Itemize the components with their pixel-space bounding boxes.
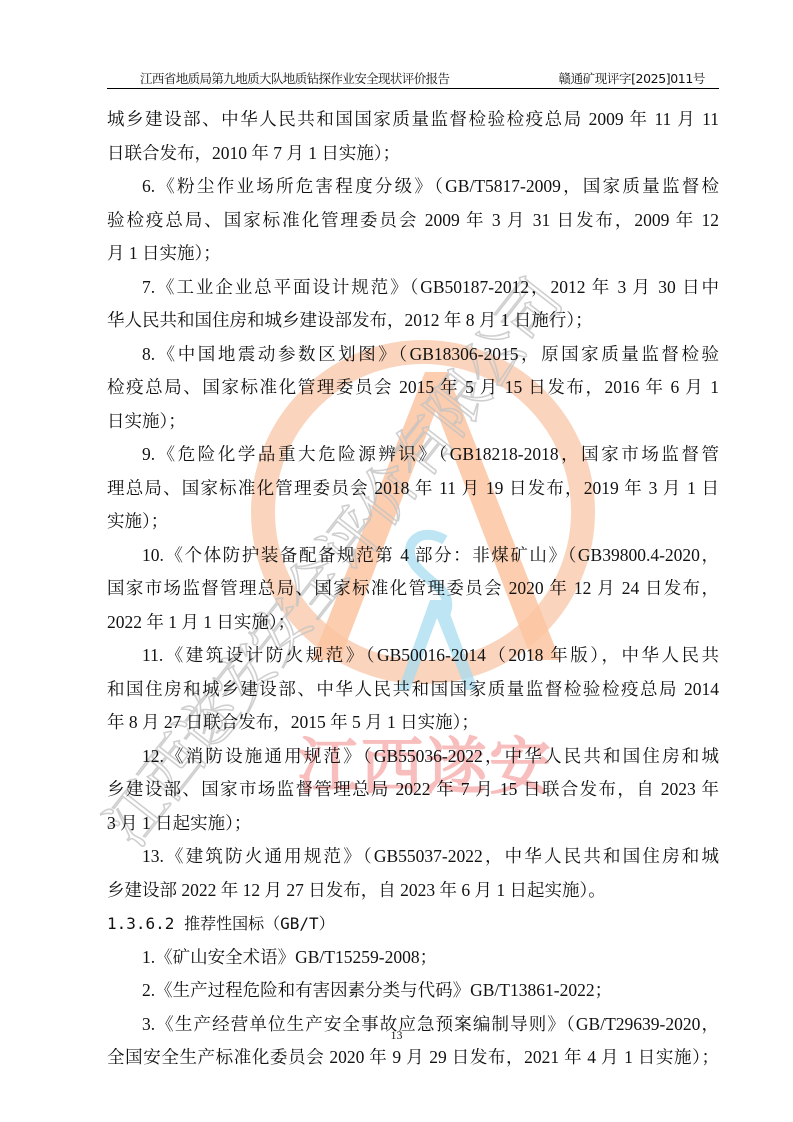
text-line: 6.《粉尘作业场所危害程度分级》（GB/T5817-2009，国家质量监督检 [107,170,719,204]
text-line: 日联合发布，2010 年 7 月 1 日实施）； [107,137,719,171]
text-line: 2.《生产过程危险和有害因素分类与代码》GB/T13861-2022； [107,974,719,1008]
text-line: 年 8 月 27 日联合发布，2015 年 5 月 1 日实施）； [107,706,719,740]
page-number: 13 [0,1028,793,1043]
text-line: 1.《矿山安全术语》GB/T15259-2008； [107,941,719,975]
document-number: 赣通矿现评字[2025]011号 [558,69,705,87]
document-page: 江西省地质局第九地质大队地质钻探作业安全现状评价报告 赣通矿现评字[2025]0… [0,0,793,1122]
text-line: 10.《个体防护装备配备规范第 4 部分：非煤矿山》（GB39800.4-202… [107,539,719,573]
regulation-list: 城乡建设部、中华人民共和国国家质量监督检验检疫总局 2009 年 11 月 11… [107,103,719,907]
text-line: 国家市场监督管理总局、国家标准化管理委员会 2020 年 12 月 24 日发布… [107,572,719,606]
text-line: 日实施）； [107,405,719,439]
text-line: 11.《建筑设计防火规范》（GB50016-2014（2018 年版），中华人民… [107,639,719,673]
text-line: 9.《危险化学品重大危险源辨识》（GB18218-2018，国家市场监督管 [107,438,719,472]
text-line: 城乡建设部、中华人民共和国国家质量监督检验检疫总局 2009 年 11 月 11 [107,103,719,137]
text-line: 华人民共和国住房和城乡建设部发布，2012 年 8 月 1 日施行）； [107,304,719,338]
text-line: 检疫总局、国家标准化管理委员会 2015 年 5 月 15 日发布，2016 年… [107,371,719,405]
text-line: 3 月 1 日起实施）； [107,807,719,841]
document-body: 城乡建设部、中华人民共和国国家质量监督检验检疫总局 2009 年 11 月 11… [107,103,719,1075]
text-line: 7.《工业企业总平面设计规范》（GB50187-2012，2012 年 3 月 … [107,271,719,305]
text-line: 全国安全生产标准化委员会 2020 年 9 月 29 日发布，2021 年 4 … [107,1041,719,1075]
recommended-standards-list: 1.《矿山安全术语》GB/T15259-2008；2.《生产过程危险和有害因素分… [107,941,719,1075]
text-line: 验检疫总局、国家标准化管理委员会 2009 年 3 月 31 日发布，2009 … [107,204,719,238]
text-line: 8.《中国地震动参数区划图》（GB18306-2015，原国家质量监督检验 [107,338,719,372]
text-line: 2022 年 1 月 1 日实施）； [107,606,719,640]
text-line: 理总局、国家标准化管理委员会 2018 年 11 月 19 日发布，2019 年… [107,472,719,506]
text-line: 实施）； [107,505,719,539]
text-line: 和国住房和城乡建设部、中华人民共和国国家质量监督检验检疫总局 2014 [107,673,719,707]
text-line: 月 1 日实施）； [107,237,719,271]
text-line: 乡建设部 2022 年 12 月 27 日发布，自 2023 年 6 月 1 日… [107,874,719,908]
section-heading-recommended-standards: 1.3.6.2 推荐性国标（GB/T） [107,907,719,941]
text-line: 13.《建筑防火通用规范》（GB55037-2022，中华人民共和国住房和城 [107,840,719,874]
text-line: 乡建设部、国家市场监督管理总局 2022 年 7 月 15 日联合发布，自 20… [107,773,719,807]
report-title: 江西省地质局第九地质大队地质钻探作业安全现状评价报告 [140,69,449,87]
text-line: 12.《消防设施通用规范》（GB55036-2022，中华人民共和国住房和城 [107,740,719,774]
page-header: 江西省地质局第九地质大队地质钻探作业安全现状评价报告 赣通矿现评字[2025]0… [107,66,719,89]
